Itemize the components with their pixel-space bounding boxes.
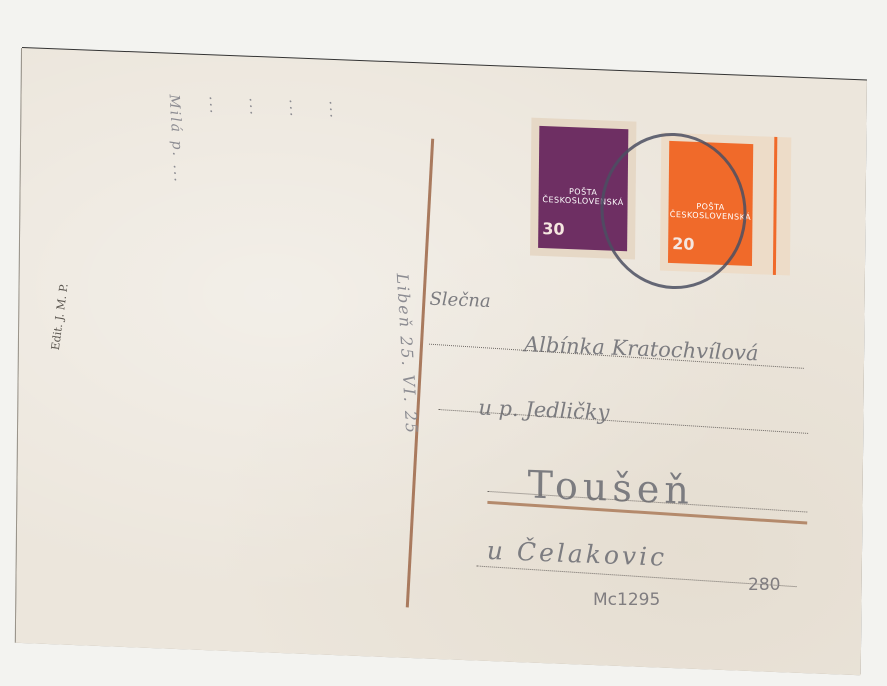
message-line: ... xyxy=(206,96,223,116)
message-line: Milá p. ... xyxy=(166,94,187,184)
message-line: ... xyxy=(326,100,343,120)
stamp-value: 30 xyxy=(542,219,564,239)
message-line: ... xyxy=(246,97,263,117)
address-district: u Čelakovic xyxy=(487,536,667,572)
message-place-date: Libeň 25. VI. 25 xyxy=(393,273,422,435)
publisher-imprint: Edit. J. M. P. xyxy=(49,282,71,351)
message-line: ... xyxy=(286,99,303,119)
stamp-margin-line xyxy=(773,137,777,275)
pencil-price-note: 280 xyxy=(748,575,780,595)
address-name: Albínka Kratochvílová xyxy=(524,332,759,365)
address-care-of: u p. Jedličky xyxy=(478,396,609,425)
pencil-catalog-note: Mc1295 xyxy=(593,590,660,610)
address-dotted-line xyxy=(438,409,808,434)
address-salutation: Slečna xyxy=(429,289,490,312)
postcard: Edit. J. M. P. Milá p. ... ... ... ... .… xyxy=(16,48,867,675)
